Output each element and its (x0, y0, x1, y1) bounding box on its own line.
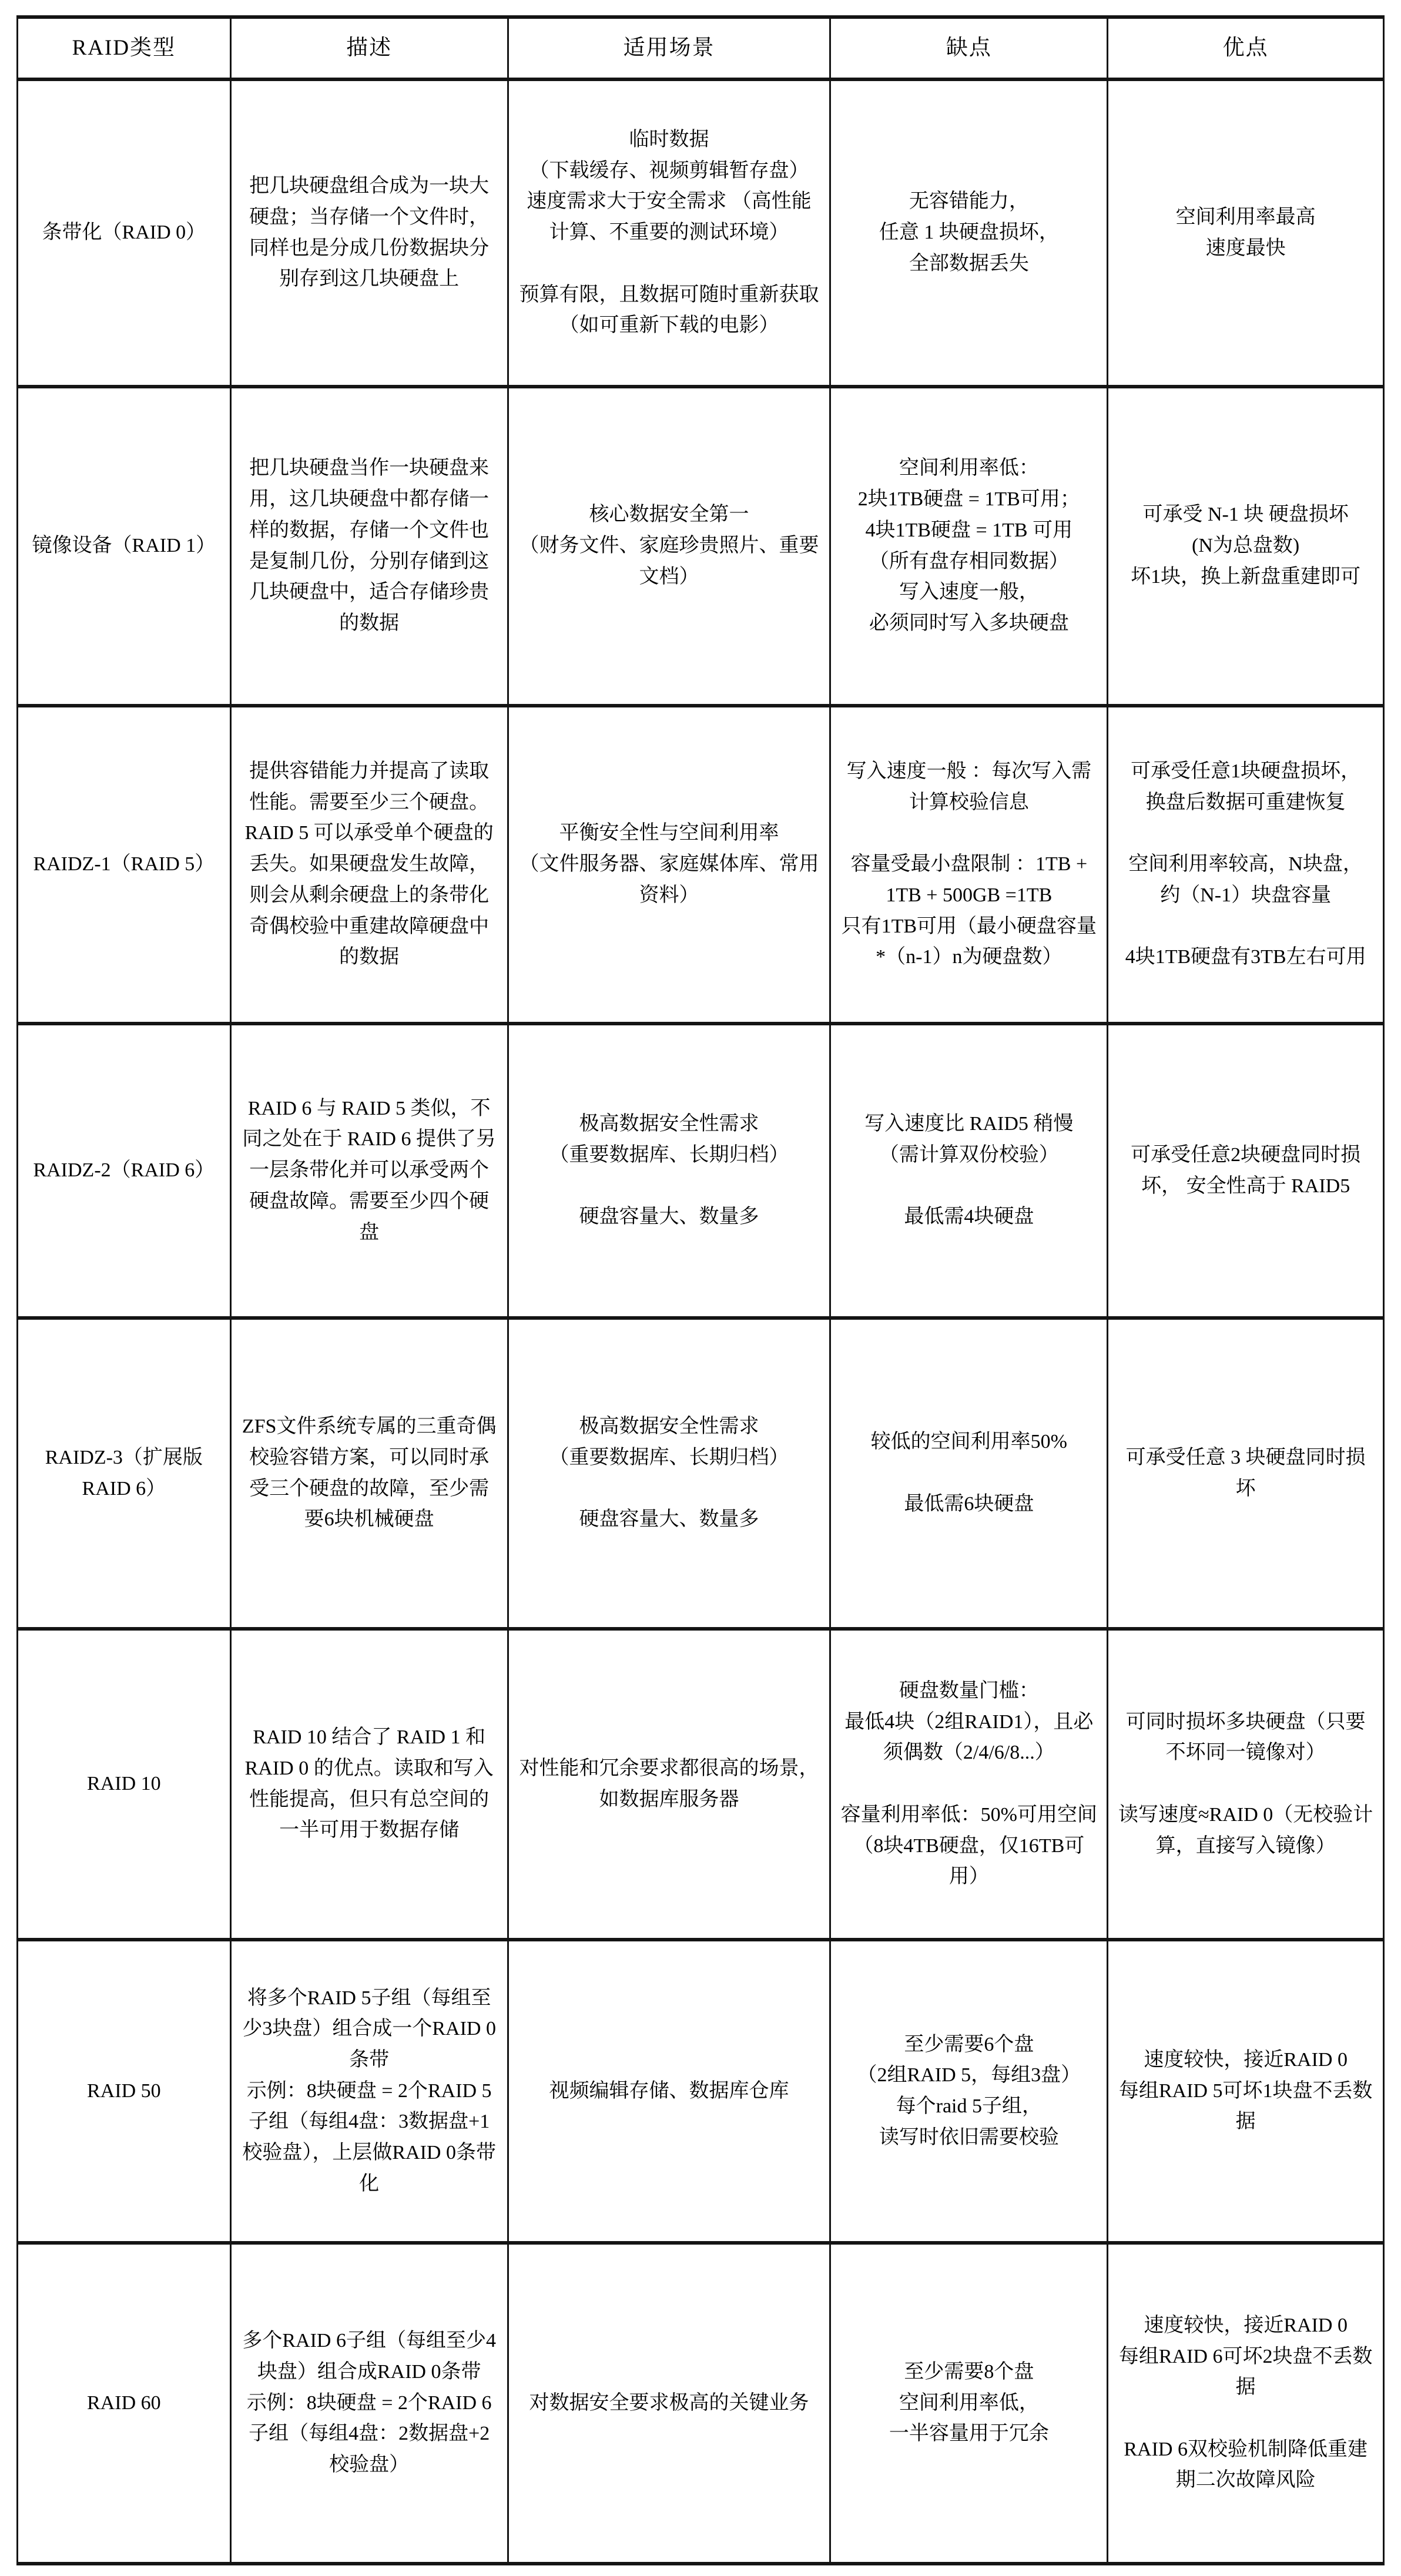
cell-raid60-description: 多个RAID 6子组（每组至少4块盘）组合成RAID 0条带 示例：8块硬盘 =… (230, 2243, 508, 2564)
cell-raid50-cons: 至少需要6个盘 （2组RAID 5，每组3盘） 每个raid 5子组， 读写时依… (830, 1940, 1108, 2243)
cell-raid1-use-case: 核心数据安全第一 （财务文件、家庭珍贵照片、重要文档） (508, 387, 830, 706)
table-row-raid0: 条带化（RAID 0） 把几块硬盘组合成为一块大硬盘；当存储一个文件时，同样也是… (18, 79, 1384, 387)
cell-raid10-pros: 可同时损坏多块硬盘（只要不坏同一镜像对） 读写速度≈RAID 0（无校验计算，直… (1108, 1629, 1384, 1940)
column-header-raid-type: RAID类型 (18, 17, 231, 79)
table-row-raid10: RAID 10 RAID 10 结合了 RAID 1 和 RAID 0 的优点。… (18, 1629, 1384, 1940)
cell-raidz3-description: ZFS文件系统专属的三重奇偶校验容错方案，可以同时承受三个硬盘的故障，至少需要6… (230, 1318, 508, 1629)
cell-raid0-type: 条带化（RAID 0） (18, 79, 231, 387)
cell-raid6-type: RAIDZ-2（RAID 6） (18, 1024, 231, 1318)
column-header-description: 描述 (230, 17, 508, 79)
cell-raidz3-cons: 较低的空间利用率50% 最低需6块硬盘 (830, 1318, 1108, 1629)
table-row-raid6: RAIDZ-2（RAID 6） RAID 6 与 RAID 5 类似，不同之处在… (18, 1024, 1384, 1318)
table-row-raid1: 镜像设备（RAID 1） 把几块硬盘当作一块硬盘来用，这几块硬盘中都存储一样的数… (18, 387, 1384, 706)
table-row-raid50: RAID 50 将多个RAID 5子组（每组至少3块盘）组合成一个RAID 0条… (18, 1940, 1384, 2243)
cell-raid5-cons: 写入速度一般 ：每次写入需计算校验信息 容量受最小盘限制 ：1TB + 1TB … (830, 706, 1108, 1024)
cell-raid6-description: RAID 6 与 RAID 5 类似，不同之处在于 RAID 6 提供了另一层条… (230, 1024, 508, 1318)
column-header-pros: 优点 (1108, 17, 1384, 79)
header-row: RAID类型 描述 适用场景 缺点 优点 (18, 17, 1384, 79)
raid-comparison-table: RAID类型 描述 适用场景 缺点 优点 条带化（RAID 0） 把几块硬盘组合… (16, 15, 1385, 2565)
cell-raid6-cons: 写入速度比 RAID5 稍慢 （需计算双份校验） 最低需4块硬盘 (830, 1024, 1108, 1318)
cell-raid0-pros: 空间利用率最高 速度最快 (1108, 79, 1384, 387)
cell-raidz3-pros: 可承受任意 3 块硬盘同时损坏 (1108, 1318, 1384, 1629)
cell-raid10-description: RAID 10 结合了 RAID 1 和 RAID 0 的优点。读取和写入性能提… (230, 1629, 508, 1940)
cell-raid1-pros: 可承受 N-1 块 硬盘损坏 (N为总盘数) 坏1块，换上新盘重建即可 (1108, 387, 1384, 706)
cell-raid60-use-case: 对数据安全要求极高的关键业务 (508, 2243, 830, 2564)
cell-raid10-type: RAID 10 (18, 1629, 231, 1940)
table-row-raid60: RAID 60 多个RAID 6子组（每组至少4块盘）组合成RAID 0条带 示… (18, 2243, 1384, 2564)
cell-raid50-pros: 速度较快，接近RAID 0 每组RAID 5可坏1块盘不丢数据 (1108, 1940, 1384, 2243)
cell-raid0-cons: 无容错能力， 任意 1 块硬盘损坏， 全部数据丢失 (830, 79, 1108, 387)
cell-raid0-description: 把几块硬盘组合成为一块大硬盘；当存储一个文件时，同样也是分成几份数据块分别存到这… (230, 79, 508, 387)
cell-raid5-pros: 可承受任意1块硬盘损坏， 换盘后数据可重建恢复 空间利用率较高，N块盘， 约（N… (1108, 706, 1384, 1024)
cell-raid6-use-case: 极高数据安全性需求 （重要数据库、长期归档） 硬盘容量大、数量多 (508, 1024, 830, 1318)
cell-raid5-description: 提供容错能力并提高了读取性能。需要至少三个硬盘。RAID 5 可以承受单个硬盘的… (230, 706, 508, 1024)
cell-raid60-type: RAID 60 (18, 2243, 231, 2564)
table-row-raidz3: RAIDZ-3（扩展版 RAID 6） ZFS文件系统专属的三重奇偶校验容错方案… (18, 1318, 1384, 1629)
cell-raid50-use-case: 视频编辑存储、数据库仓库 (508, 1940, 830, 2243)
cell-raid5-use-case: 平衡安全性与空间利用率 （文件服务器、家庭媒体库、常用资料） (508, 706, 830, 1024)
table-row-raid5: RAIDZ-1（RAID 5） 提供容错能力并提高了读取性能。需要至少三个硬盘。… (18, 706, 1384, 1024)
cell-raid1-cons: 空间利用率低： 2块1TB硬盘 = 1TB可用； 4块1TB硬盘 = 1TB 可… (830, 387, 1108, 706)
cell-raid5-type: RAIDZ-1（RAID 5） (18, 706, 231, 1024)
cell-raid0-use-case: 临时数据 （下载缓存、视频剪辑暂存盘） 速度需求大于安全需求 （高性能计算、不重… (508, 79, 830, 387)
cell-raid10-cons: 硬盘数量门槛： 最低4块（2组RAID1），且必须偶数（2/4/6/8...） … (830, 1629, 1108, 1940)
cell-raidz3-type: RAIDZ-3（扩展版 RAID 6） (18, 1318, 231, 1629)
cell-raid50-type: RAID 50 (18, 1940, 231, 2243)
cell-raid60-cons: 至少需要8个盘 空间利用率低， 一半容量用于冗余 (830, 2243, 1108, 2564)
raid-comparison-page: RAID类型 描述 适用场景 缺点 优点 条带化（RAID 0） 把几块硬盘组合… (0, 0, 1401, 2576)
cell-raidz3-use-case: 极高数据安全性需求 （重要数据库、长期归档） 硬盘容量大、数量多 (508, 1318, 830, 1629)
cell-raid60-pros: 速度较快，接近RAID 0 每组RAID 6可坏2块盘不丢数据 RAID 6双校… (1108, 2243, 1384, 2564)
column-header-use-case: 适用场景 (508, 17, 830, 79)
cell-raid1-description: 把几块硬盘当作一块硬盘来用，这几块硬盘中都存储一样的数据，存储一个文件也是复制几… (230, 387, 508, 706)
cell-raid6-pros: 可承受任意2块硬盘同时损坏， 安全性高于 RAID5 (1108, 1024, 1384, 1318)
cell-raid1-type: 镜像设备（RAID 1） (18, 387, 231, 706)
cell-raid50-description: 将多个RAID 5子组（每组至少3块盘）组合成一个RAID 0条带 示例：8块硬… (230, 1940, 508, 2243)
cell-raid10-use-case: 对性能和冗余要求都很高的场景，如数据库服务器 (508, 1629, 830, 1940)
column-header-cons: 缺点 (830, 17, 1108, 79)
